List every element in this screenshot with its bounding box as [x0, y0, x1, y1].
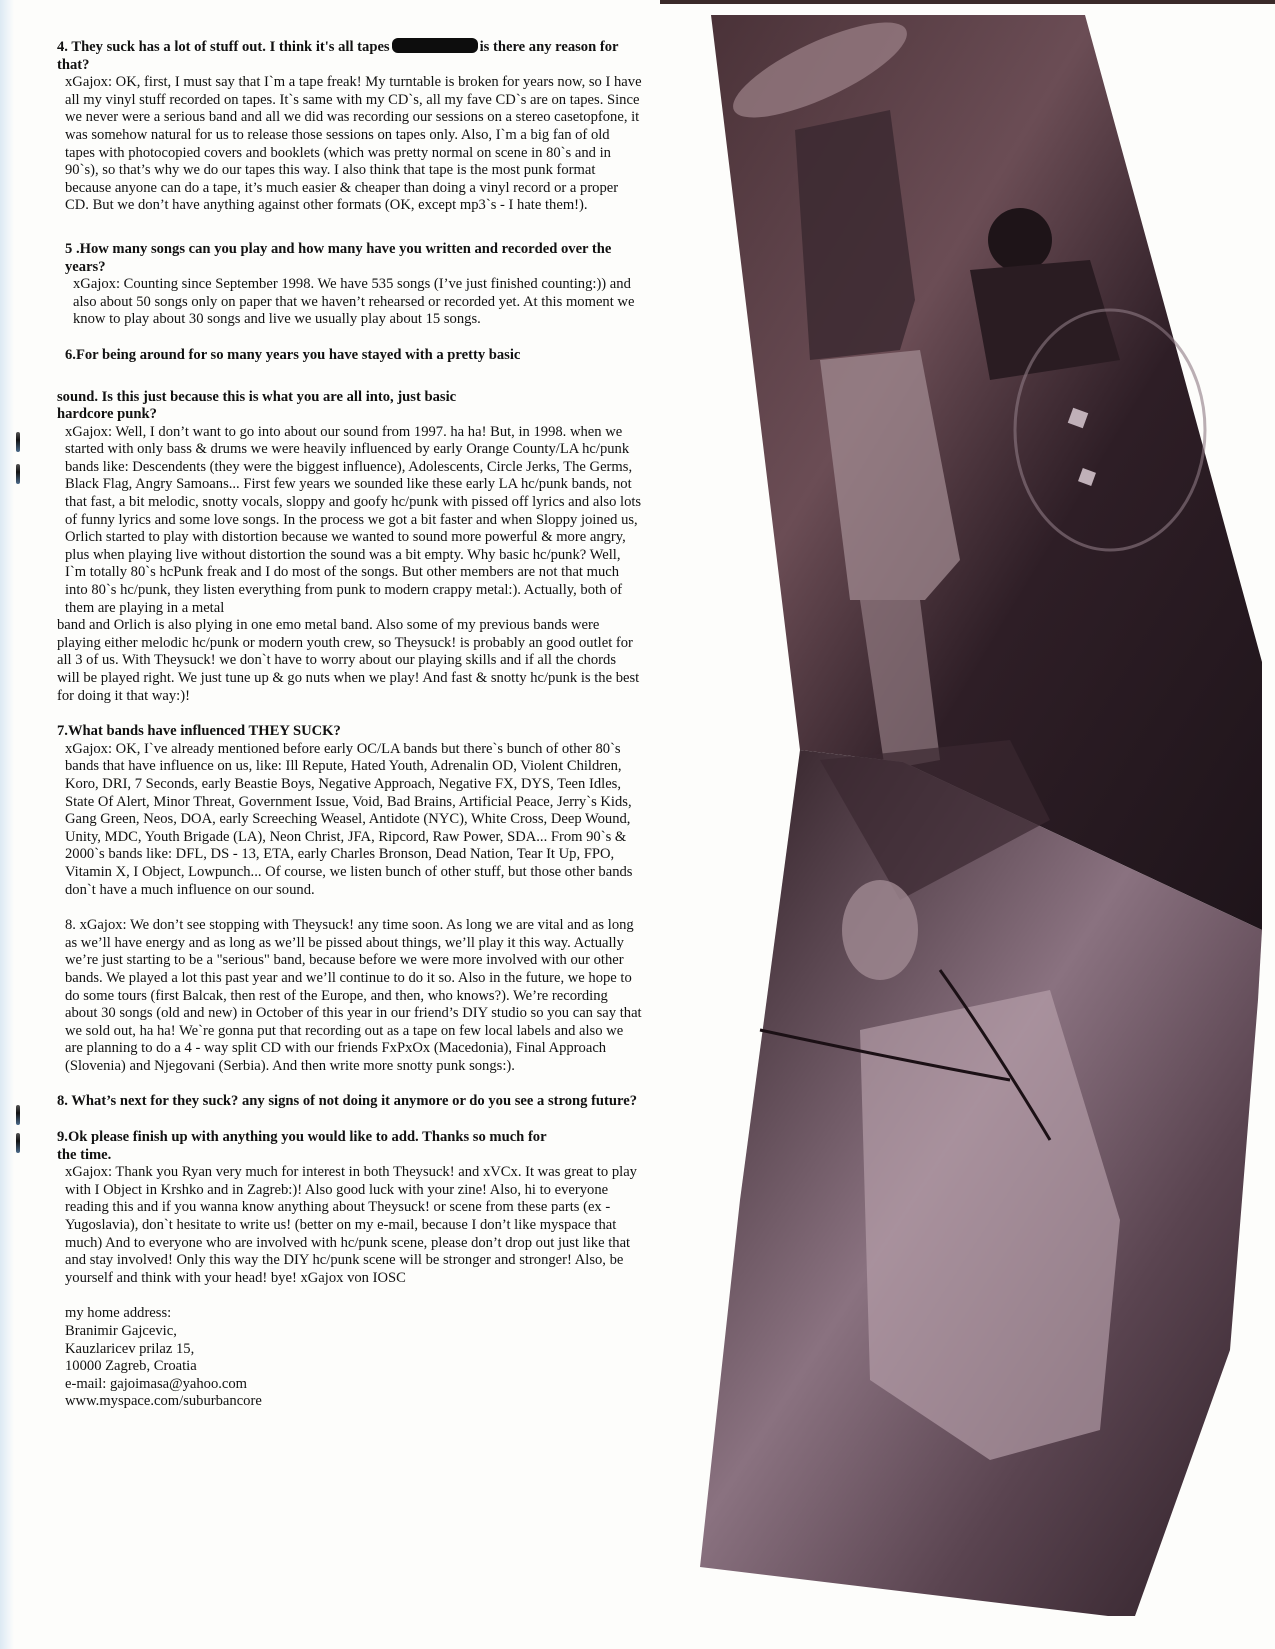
answer-5: xGajox: Counting since September 1998. W…: [65, 276, 642, 329]
question-6-part-1: 6.For being around for so many years you…: [65, 347, 642, 365]
question-9-block: 9.Ok please finish up with anything you …: [57, 1129, 642, 1287]
photo-guitarist-drummer: [711, 4, 1262, 930]
question-6-block: 6.For being around for so many years you…: [57, 347, 642, 705]
photo-singer: [700, 740, 1262, 1616]
question-7-block: 7.What bands have influenced THEY SUCK? …: [57, 723, 642, 899]
question-6-part-2: sound. Is this just because this is what…: [57, 389, 487, 424]
staple-mark: [16, 1105, 20, 1125]
staple-mark: [16, 464, 20, 484]
address-name: Branimir Gajcevic,: [65, 1323, 642, 1341]
address-street: Kauzlaricev prilaz 15,: [65, 1341, 642, 1359]
interview-column: 4. They suck has a lot of stuff out. I t…: [57, 38, 642, 1411]
contact-address: my home address: Branimir Gajcevic, Kauz…: [65, 1305, 642, 1411]
answer-8-block: 8. xGajox: We don’t see stopping with Th…: [57, 917, 642, 1075]
question-8-block: 8. What’s next for they suck? any signs …: [57, 1093, 642, 1111]
answer-9: xGajox: Thank you Ryan very much for int…: [57, 1164, 642, 1287]
answer-6-part-1: xGajox: Well, I don’t want to go into ab…: [57, 424, 642, 618]
answer-7: xGajox: OK, I`ve already mentioned befor…: [57, 741, 642, 899]
question-5: 5 .How many songs can you play and how m…: [65, 241, 642, 276]
question-7: 7.What bands have influenced THEY SUCK?: [57, 723, 642, 741]
column-break: [57, 365, 642, 389]
answer-6-part-2: band and Orlich is also plying in one em…: [57, 617, 642, 705]
question-8: 8. What’s next for they suck? any signs …: [57, 1093, 642, 1111]
staple-mark: [16, 432, 20, 452]
redaction-bar: [392, 38, 478, 53]
question-5-block: 5 .How many songs can you play and how m…: [65, 241, 642, 329]
address-label: my home address:: [65, 1305, 642, 1323]
staple-mark: [16, 1133, 20, 1153]
question-9: 9.Ok please finish up with anything you …: [57, 1129, 557, 1164]
address-city: 10000 Zagreb, Croatia: [65, 1358, 642, 1376]
question-4-block: 4. They suck has a lot of stuff out. I t…: [57, 38, 642, 215]
answer-8: 8. xGajox: We don’t see stopping with Th…: [57, 917, 642, 1075]
address-website: www.myspace.com/suburbancore: [65, 1393, 642, 1411]
answer-4: xGajox: OK, first, I must say that I`m a…: [57, 74, 642, 215]
question-4: 4. They suck has a lot of stuff out. I t…: [57, 38, 642, 74]
scan-top-strip: [660, 0, 1275, 4]
scan-edge: [0, 0, 14, 1649]
address-email: e-mail: gajoimasa@yahoo.com: [65, 1376, 642, 1394]
